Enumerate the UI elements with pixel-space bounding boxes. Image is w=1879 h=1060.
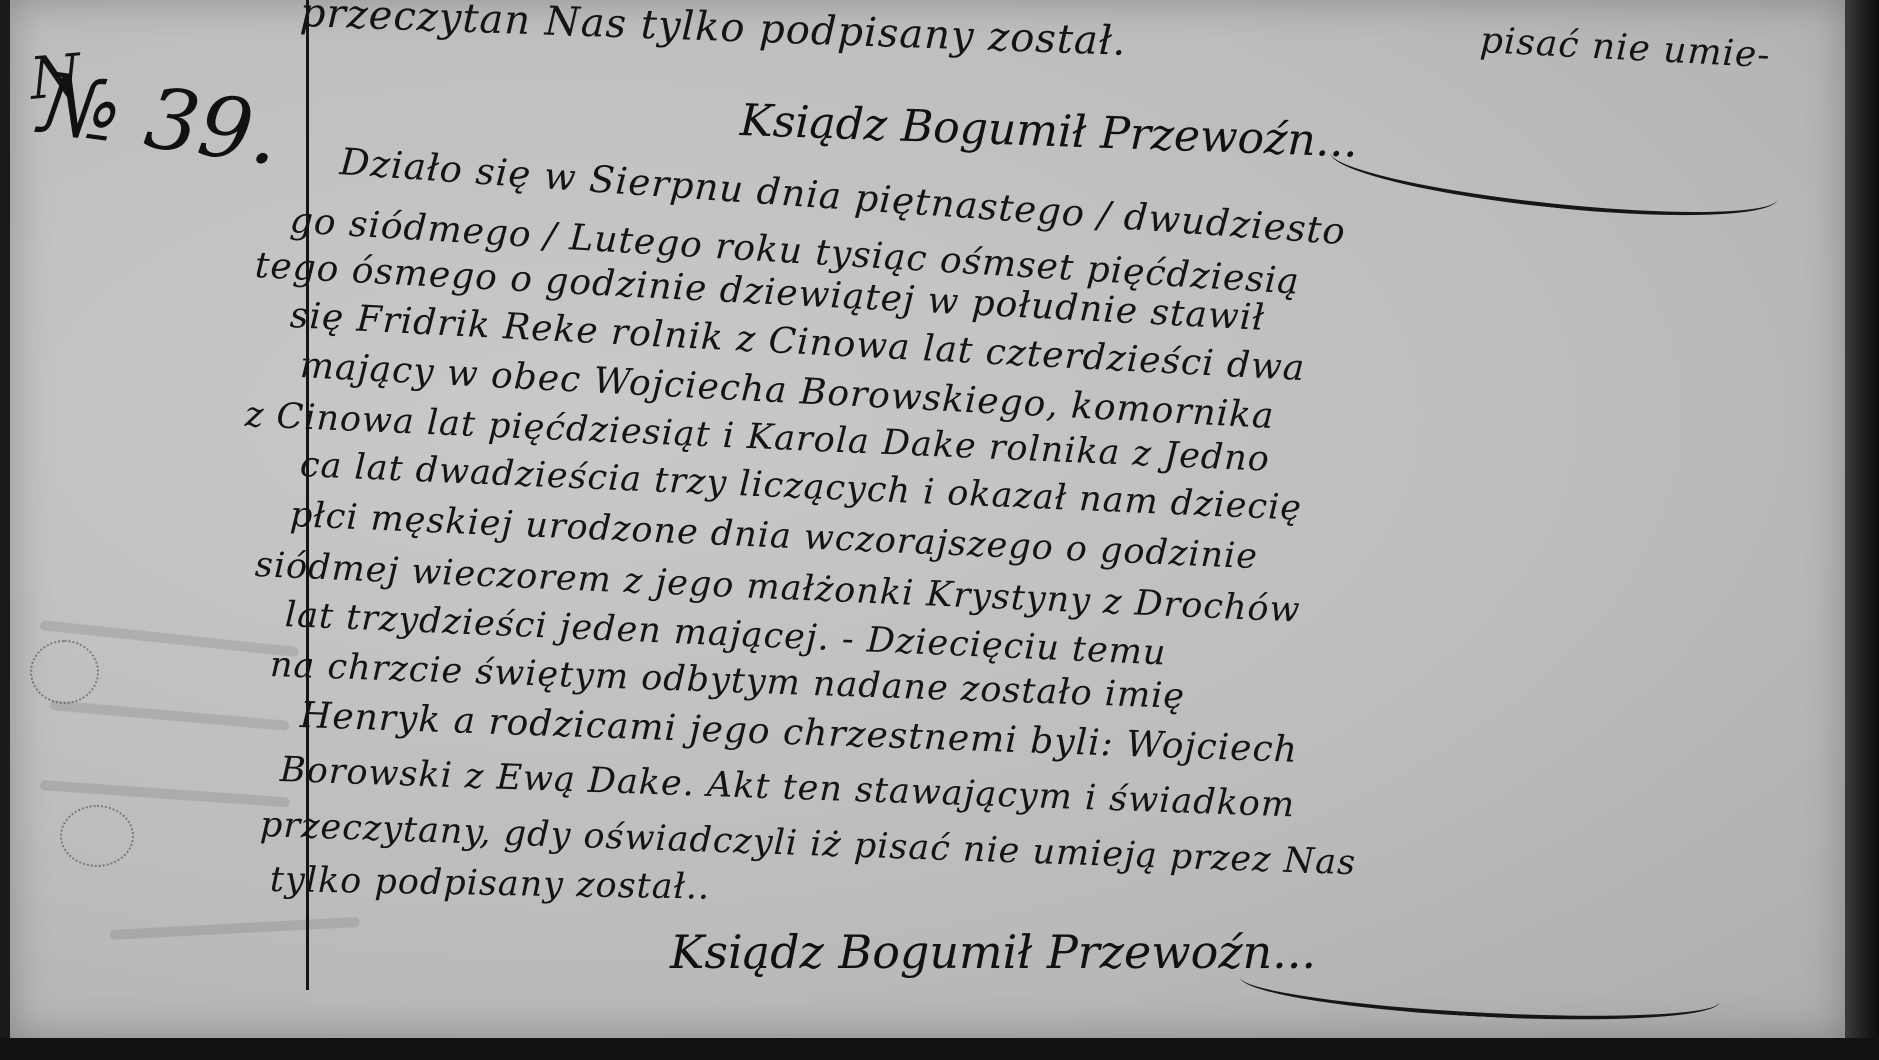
bleed-through-ink: [40, 780, 290, 807]
record-line: tylko podpisany został..: [270, 860, 711, 908]
priest-signature: Ksiądz Bogumił Przewoźn...: [670, 925, 1316, 979]
book-binding-edge: [1845, 0, 1879, 1060]
ink-stain-decoration: [30, 640, 99, 704]
ink-stain-decoration: [60, 805, 134, 867]
bleed-through-ink: [110, 917, 360, 940]
bleed-through-ink: [50, 700, 290, 731]
page-bottom-edge: [0, 1038, 1879, 1060]
